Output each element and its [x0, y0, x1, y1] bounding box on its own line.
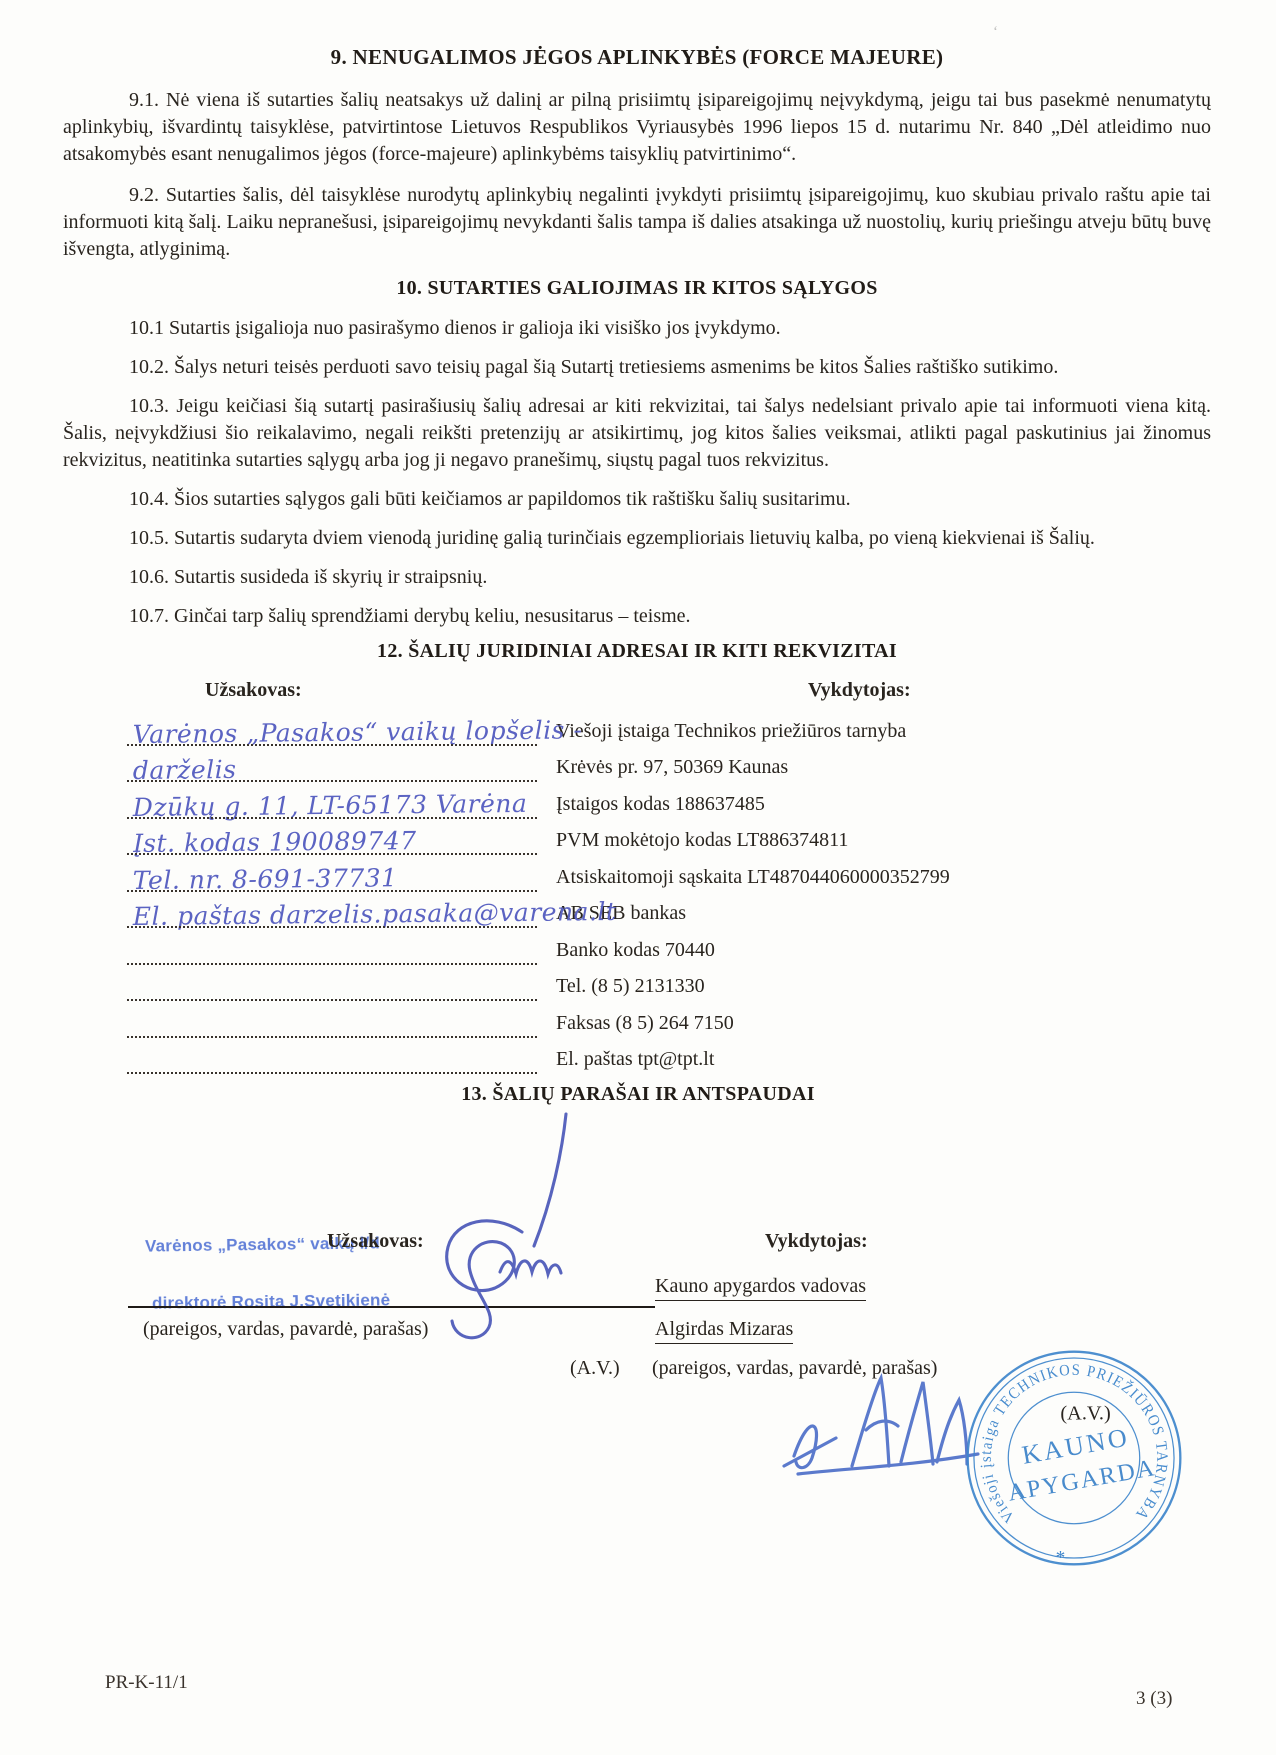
dotted-line	[127, 853, 537, 855]
uzsakovas-header: Užsakovas:	[63, 679, 556, 709]
requisites-row: El. paštas darzelis.pasaka@varena.lt AB …	[63, 896, 1211, 933]
handwriting-line	[127, 969, 537, 1006]
clause-10-5: 10.5. Sutartis sudaryta dviem vienodą ju…	[63, 525, 1211, 552]
av-label: (A.V.)	[570, 1357, 620, 1380]
contractor-detail: Tel. (8 5) 2131330	[556, 975, 1211, 1005]
round-stamp: Viešoji įstaiga TECHNIKOS PRIEŽIŪROS TAR…	[958, 1342, 1190, 1574]
handwriting-line	[127, 1042, 537, 1079]
client-stamp-line2: direktorė Rosita J.Svetikienė	[152, 1290, 390, 1313]
section9-heading: 9. NENUGALIMOS JĖGOS APLINKYBĖS (FORCE M…	[63, 45, 1211, 70]
contractor-detail: PVM mokėtojo kodas LT886374811	[556, 829, 1211, 859]
vykdytojas-label: Vykdytojas:	[765, 1230, 868, 1253]
contract-body: 9. NENUGALIMOS JĖGOS APLINKYBĖS (FORCE M…	[63, 45, 1211, 642]
executor-position: Kauno apygardos vadovas	[655, 1275, 866, 1301]
contractor-detail: AB SEB bankas	[556, 902, 1211, 932]
requisites-row: Varėnos „Pasakos“ vaikų lopšelis - Viešo…	[63, 713, 1211, 750]
paragraph-9-2: 9.2. Sutarties šalis, dėl taisyklėse nur…	[63, 182, 1211, 263]
requisites-row: Įst. kodas 190089747 PVM mokėtojo kodas …	[63, 823, 1211, 860]
vykdytojas-header: Vykdytojas:	[556, 679, 1211, 709]
dotted-line	[127, 926, 537, 928]
contractor-detail: Įstaigos kodas 188637485	[556, 793, 1211, 823]
scanned-contract-page: ‘ 9. NENUGALIMOS JĖGOS APLINKYBĖS (FORCE…	[0, 0, 1276, 1755]
section12-requisites: 12. ŠALIŲ JURIDINIAI ADRESAI IR KITI REK…	[63, 640, 1211, 1078]
contractor-detail: El. paštas tpt@tpt.lt	[556, 1048, 1211, 1078]
clause-10-4: 10.4. Šios sutarties sąlygos gali būti k…	[63, 486, 1211, 513]
dotted-line	[127, 1072, 537, 1074]
contractor-detail: Banko kodas 70440	[556, 939, 1211, 969]
section12-heading: 12. ŠALIŲ JURIDINIAI ADRESAI IR KITI REK…	[63, 640, 1211, 663]
dotted-line	[127, 744, 537, 746]
handwriting-line	[127, 932, 537, 969]
page-number: 3 (3)	[1136, 1688, 1172, 1710]
client-signature-caption: (pareigos, vardas, pavardė, parašas)	[143, 1318, 428, 1341]
requisites-row: Tel. nr. 8-691-37731 Atsiskaitomoji sąsk…	[63, 859, 1211, 896]
section13-heading: 13. ŠALIŲ PARAŠAI IR ANTSPAUDAI	[0, 1083, 1276, 1106]
requisites-row: darželis Krėvės pr. 97, 50369 Kaunas	[63, 750, 1211, 787]
contractor-detail: Atsiskaitomoji sąskaita LT48704406000035…	[556, 866, 1211, 896]
clause-10-3: 10.3. Jeigu keičiasi šią sutartį pasiraš…	[63, 393, 1211, 474]
handwriting-line: Dzūkų g. 11, LT-65173 Varėna	[127, 786, 537, 823]
dotted-line	[127, 890, 537, 892]
dotted-line	[127, 780, 537, 782]
handwriting-line	[127, 1005, 537, 1042]
dotted-line	[127, 963, 537, 965]
handwriting-line: Varėnos „Pasakos“ vaikų lopšelis -	[127, 713, 537, 750]
dotted-line	[127, 1036, 537, 1038]
handwriting-line: Įst. kodas 190089747	[127, 823, 537, 860]
stamp-av-text: (A.V.)	[1060, 1402, 1110, 1424]
dotted-line	[127, 999, 537, 1001]
clause-10-6: 10.6. Sutartis susideda iš skyrių ir str…	[63, 564, 1211, 591]
contractor-detail: Viešoji įstaiga Technikos priežiūros tar…	[556, 720, 1211, 750]
clause-10-2: 10.2. Šalys neturi teisės perduoti savo …	[63, 354, 1211, 381]
requisites-row: Tel. (8 5) 2131330	[63, 969, 1211, 1006]
form-code: PR-K-11/1	[105, 1672, 188, 1694]
contractor-detail: Krėvės pr. 97, 50369 Kaunas	[556, 756, 1211, 786]
executor-name: Algirdas Mizaras	[655, 1318, 793, 1344]
handwriting-line: darželis	[127, 750, 537, 787]
section13-signatures: 13. ŠALIŲ PARAŠAI IR ANTSPAUDAI Varėnos …	[0, 1080, 1276, 1720]
dotted-line	[127, 817, 537, 819]
handwriting-line: El. paštas darzelis.pasaka@varena.lt	[127, 896, 537, 933]
requisites-row: El. paštas tpt@tpt.lt	[63, 1042, 1211, 1079]
handwriting-line: Tel. nr. 8-691-37731	[127, 859, 537, 896]
stamp-star: *	[1056, 1547, 1066, 1568]
clause-10-7: 10.7. Ginčai tarp šalių sprendžiami dery…	[63, 603, 1211, 630]
scan-artifact: ‘	[993, 24, 998, 41]
requisites-row: Banko kodas 70440	[63, 932, 1211, 969]
section10-heading: 10. SUTARTIES GALIOJIMAS IR KITOS SĄLYGO…	[63, 277, 1211, 300]
clause-10-1: 10.1 Sutartis įsigalioja nuo pasirašymo …	[63, 315, 1211, 342]
contractor-detail: Faksas (8 5) 264 7150	[556, 1012, 1211, 1042]
paragraph-9-1: 9.1. Nė viena iš sutarties šalių neatsak…	[63, 87, 1211, 168]
client-signature	[400, 1110, 580, 1360]
requisites-row: Faksas (8 5) 264 7150	[63, 1005, 1211, 1042]
requisites-headers: Užsakovas: Vykdytojas:	[63, 679, 1211, 709]
requisites-row: Dzūkų g. 11, LT-65173 Varėna Įstaigos ko…	[63, 786, 1211, 823]
